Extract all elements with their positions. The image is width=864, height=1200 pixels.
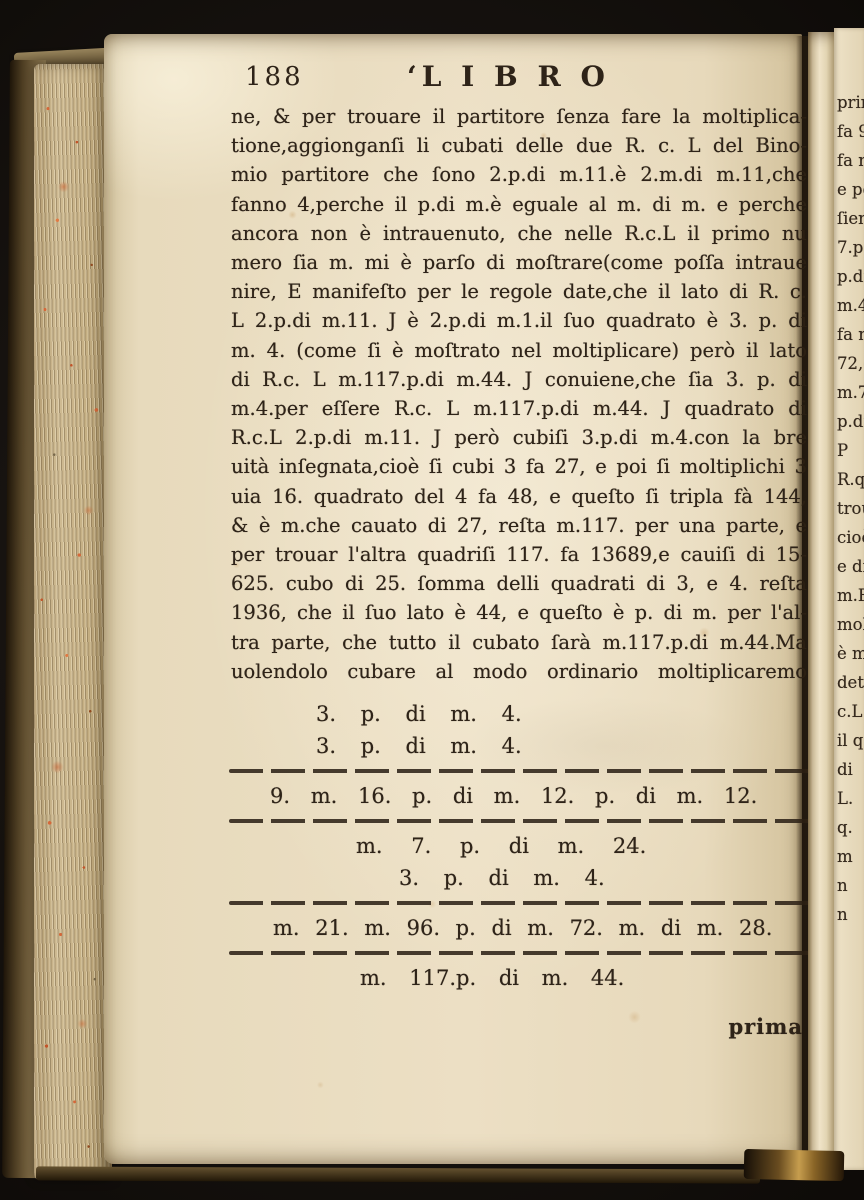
cut-off-text-fragment: p.di [837,262,864,291]
page-content: 188 ‘L I B R O ne, & per trouare il part… [231,60,807,1039]
cut-off-text-fragment: e per [837,175,864,204]
body-text-line: R.c.L 2.p.di m.11. J però cubiſi 3.p.di … [231,423,807,452]
body-text-line: L 2.p.di m.11. J è 2.p.di m.1.il ſuo qua… [231,306,807,335]
cut-off-text-fragment: ſieme [837,204,864,233]
cut-off-text-fragment: di [837,755,864,784]
facing-page-text-sliver: primafa 9,efa m.e perſieme7.p.dp.dim.4.(… [834,28,864,1170]
cut-off-text-fragment: n [837,900,864,929]
cut-off-text-fragment: R.q. [837,465,864,494]
body-text: ne, & per trouare il partitore ſenza far… [231,102,807,686]
body-text-line: 1936, che il ſuo lato è 44, e queſto è p… [231,598,807,627]
cut-off-text-fragment: fa m. [837,146,864,175]
cut-off-text-fragment: prima [837,88,864,117]
book-fore-edge-pages [34,64,112,1180]
cut-off-text-fragment: fa 9,e [837,117,864,146]
cut-off-text-fragment: 7.p.d [837,233,864,262]
cut-off-text-fragment: q. [837,813,864,842]
math-line-product1: 9. m. 16. p. di m. 12. p. di m. 12. [270,780,807,812]
cut-off-text-fragment: c.L [837,697,864,726]
cut-off-text-fragment: P [837,436,864,465]
cut-off-text-fragment: e di [837,552,864,581]
cut-off-text-fragment: il q [837,726,864,755]
math-line-total: m. 117.p. di m. 44. [360,962,807,994]
running-title: ‘L I B R O [407,60,610,93]
body-text-line: uità inſegnata,cioè ſi cubi 3 fa 27, e p… [231,452,807,481]
catchword: prima [231,1014,807,1039]
horizontal-rule [229,769,813,773]
facing-page-edge [808,32,834,1168]
body-text-line: uolendolo cubare al modo ordinario molti… [231,657,807,686]
cut-off-text-fragment: 72,e [837,349,864,378]
book-bottom-edge [36,1166,760,1183]
body-text-line: mio partitore che ſono 2.p.di m.11.è 2.m… [231,160,807,189]
cut-off-text-fragment: cioè [837,523,864,552]
body-text-line: & è m.che cauato di 27, reſta m.117. per… [231,511,807,540]
body-text-line: ne, & per trouare il partitore ſenza far… [231,102,807,131]
cut-off-text-fragment: L. [837,784,864,813]
body-text-line: mero ſia m. mi è parſo di moſtrare(come … [231,248,807,277]
body-text-line: tione,aggionganſi li cubati delle due R.… [231,131,807,160]
book-page: 188 ‘L I B R O ne, & per trouare il part… [104,34,802,1164]
photo-background: 188 ‘L I B R O ne, & per trouare il part… [0,0,864,1200]
horizontal-rule [229,819,813,823]
cut-off-text-fragment: mol [837,610,864,639]
cover-corner-detail [744,1149,845,1181]
body-text-line: uia 16. quadrato del 4 fa 48, e queſto ſ… [231,482,807,511]
cut-off-text-fragment: fa m. [837,320,864,349]
multiplication-work: 3. p. di m. 4. 3. p. di m. 4. 9. m. 16. … [231,698,807,994]
math-line-factor2: 3. p. di m. 4. [316,730,807,762]
body-text-line: tra parte, che tutto il cubato ſarà m.11… [231,628,807,657]
math-line-factor3: 3. p. di m. 4. [399,862,807,894]
cut-off-text-fragment: m [837,842,864,871]
horizontal-rule [229,901,813,905]
cut-off-text-fragment: m.4.( [837,291,864,320]
cut-off-text-fragment: n [837,871,864,900]
body-text-line: m. 4. (come ſi è moſtrato nel moltiplica… [231,336,807,365]
body-text-line: fanno 4,perche il p.di m.è eguale al m. … [231,190,807,219]
page-header: 188 ‘L I B R O [231,60,807,100]
cut-off-text-column: primafa 9,efa m.e perſieme7.p.dp.dim.4.(… [834,28,864,929]
cut-off-text-fragment: trou [837,494,864,523]
body-text-line: ancora non è intrauenuto, che nelle R.c.… [231,219,807,248]
math-line-factor1: 3. p. di m. 4. [316,698,807,730]
body-text-line: per trouar l'altra quadriſi 117. fa 1368… [231,540,807,569]
math-line-product2: m. 21. m. 96. p. di m. 72. m. di m. 28. [273,912,807,944]
math-line-partial1: m. 7. p. di m. 24. [356,830,807,862]
horizontal-rule [229,951,813,955]
cut-off-text-fragment: m.F [837,581,864,610]
body-text-line: nire, E manifeſto per le regole date,che… [231,277,807,306]
body-text-line: m.4.per eſſere R.c. L m.117.p.di m.44. J… [231,394,807,423]
cut-off-text-fragment: det [837,668,864,697]
page-number: 188 [245,62,304,92]
body-text-line: di R.c. L m.117.p.di m.44. J conuiene,ch… [231,365,807,394]
body-text-line: 625. cubo di 25. ſomma delli quadrati di… [231,569,807,598]
cut-off-text-fragment: m.72 [837,378,864,407]
cut-off-text-fragment: p.di [837,407,864,436]
cut-off-text-fragment: è m [837,639,864,668]
